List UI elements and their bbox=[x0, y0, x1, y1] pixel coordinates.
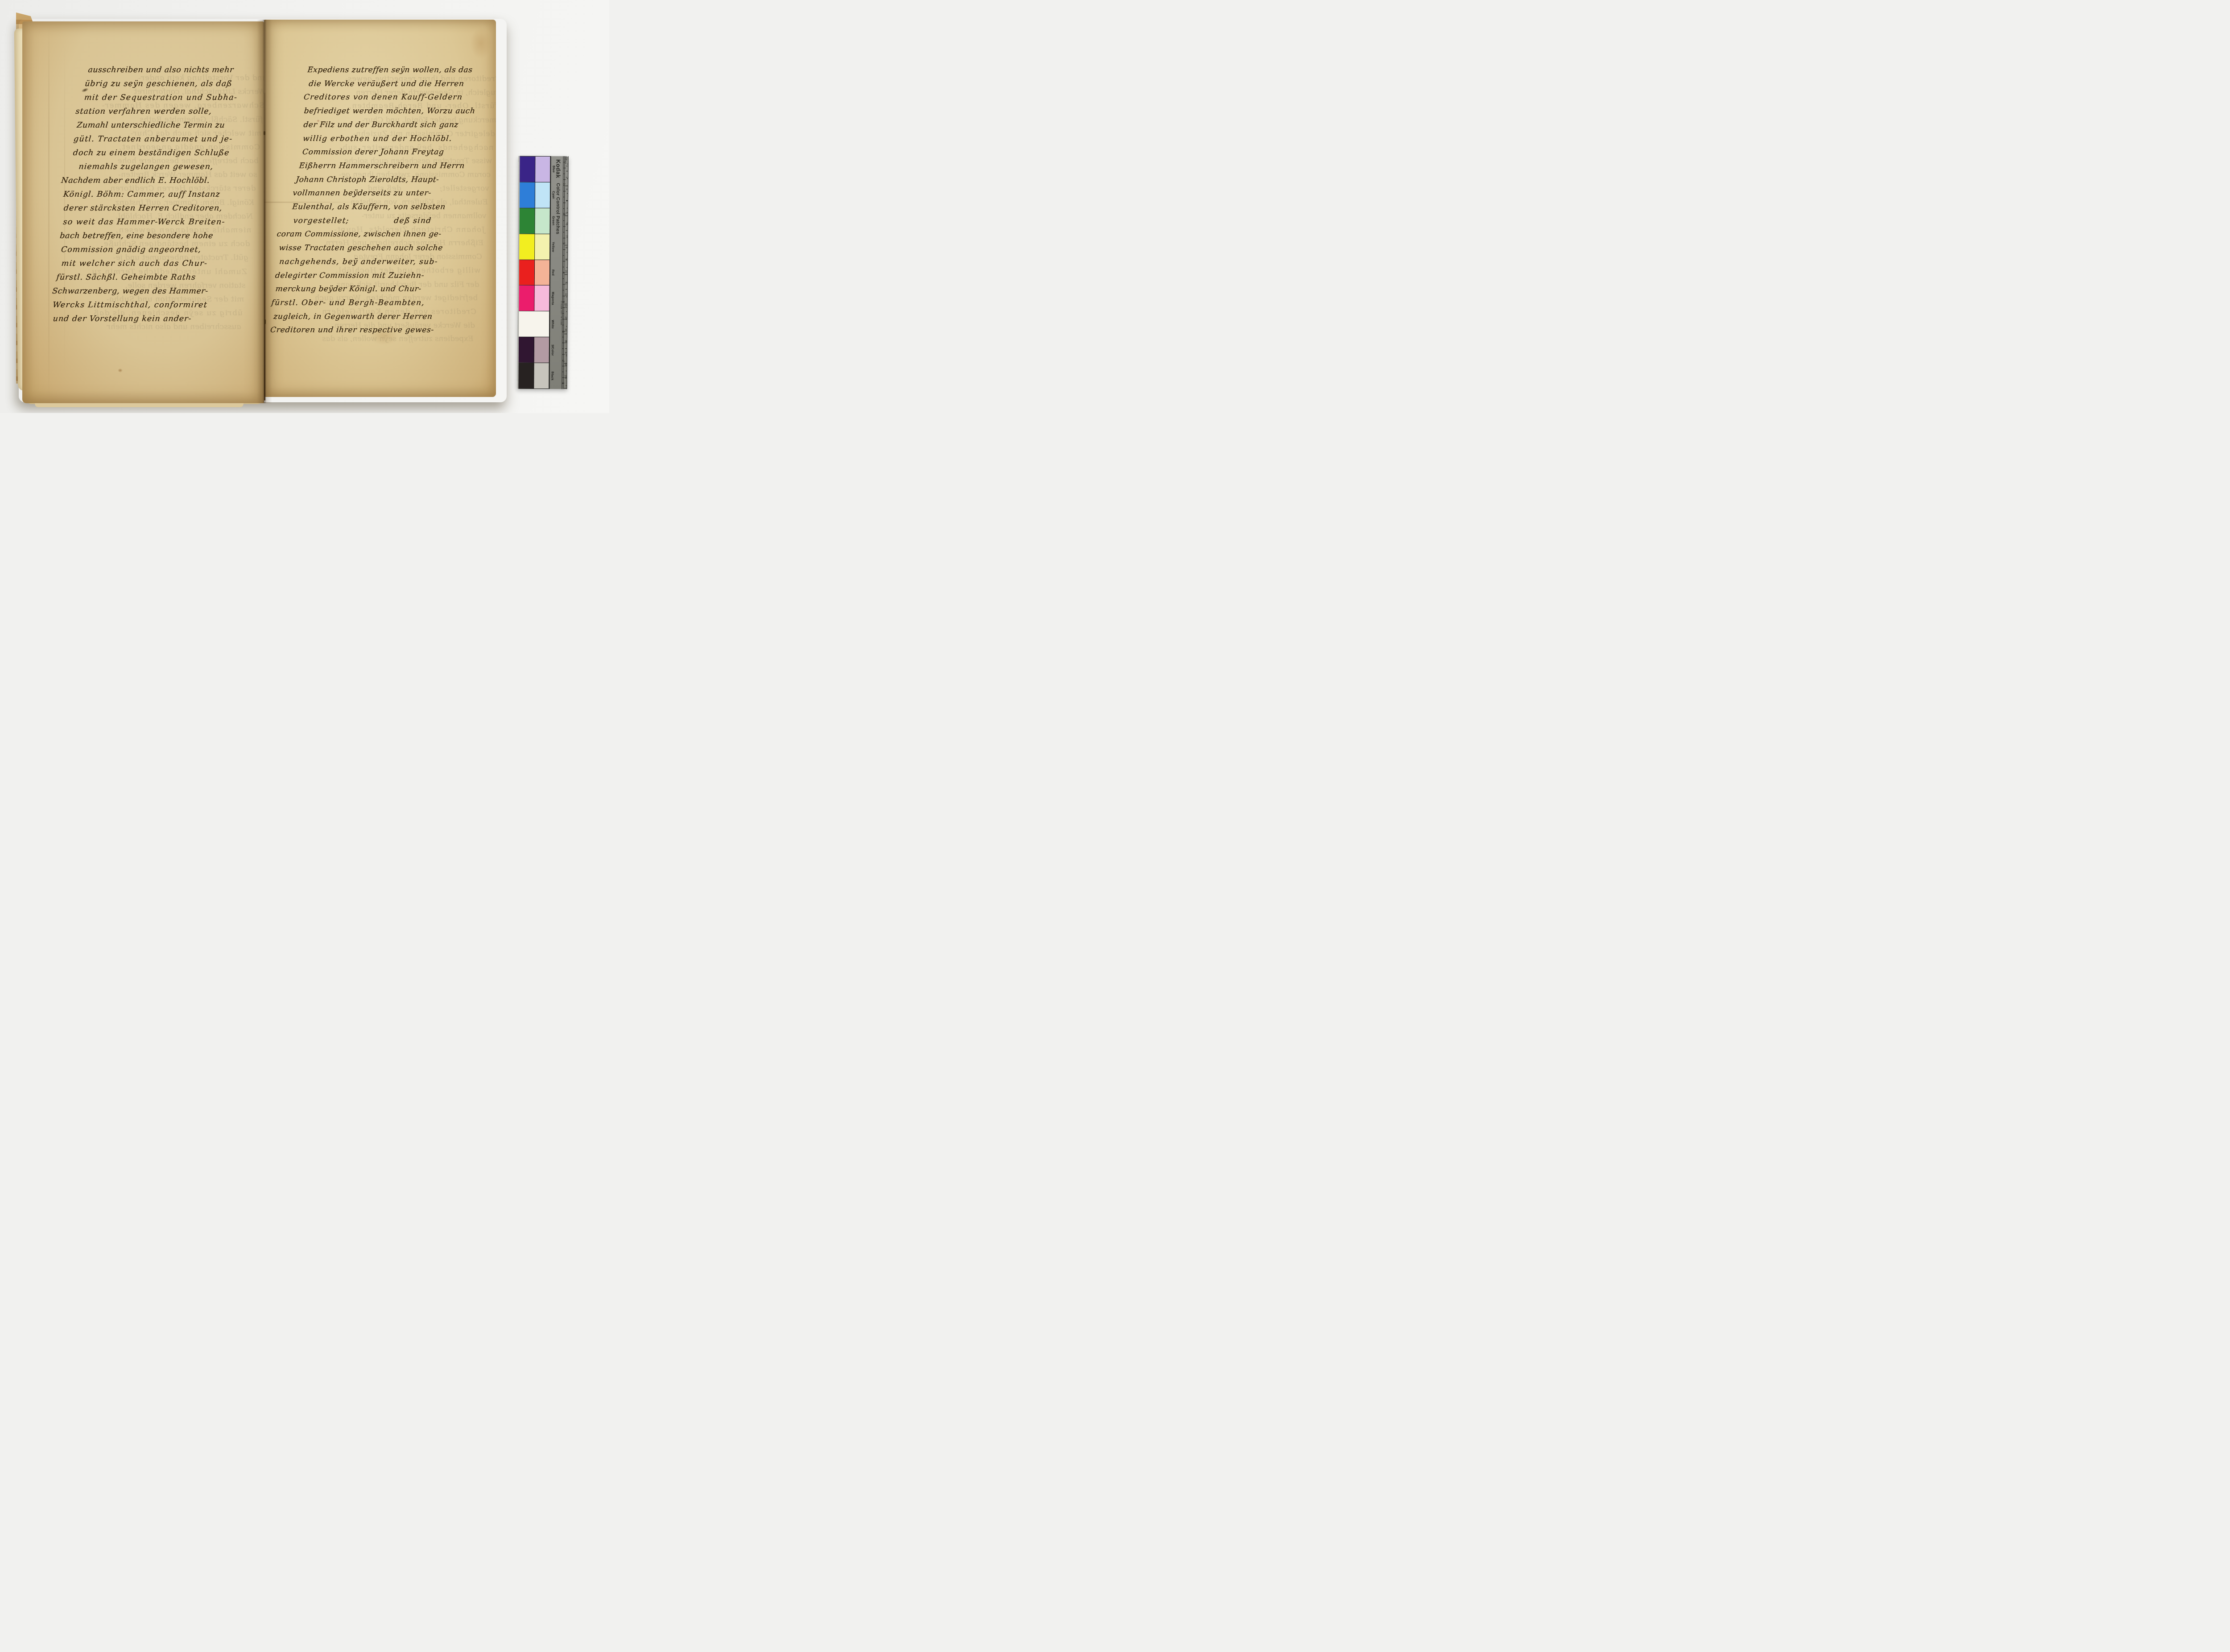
ruler-inches-scale: inches 12345678 bbox=[563, 156, 568, 389]
ruler-tick bbox=[566, 311, 567, 312]
manuscript-text-line: so weit das Hammer-Werck Breiten- bbox=[62, 215, 240, 229]
paper-stain bbox=[470, 28, 491, 59]
ruler-tick bbox=[566, 252, 567, 253]
manuscript-text-line: gütl. Tractaten anberaumet und je- bbox=[73, 132, 248, 146]
color-patch-3color-tint bbox=[534, 337, 549, 363]
color-patch-grid bbox=[518, 156, 550, 389]
kodak-gray-panel: BlueCyanGreenYellowRedMagentaWhite3/Colo… bbox=[549, 156, 568, 389]
manuscript-text-line: fürstl. Ober- und Bergh-Beambten, bbox=[271, 296, 465, 310]
ruler-tick bbox=[566, 282, 567, 282]
paper-crease bbox=[48, 21, 50, 403]
manuscript-text-line: Creditores von denen Kauff-Geldern bbox=[303, 91, 486, 104]
manuscript-text-line: willig erbothen und der Hochlöbl. bbox=[302, 132, 482, 146]
binding-stitch bbox=[264, 319, 266, 324]
ruler-number: 7 bbox=[562, 360, 565, 362]
ruler-tick bbox=[565, 319, 567, 319]
ruler-tick bbox=[565, 274, 567, 275]
ruler-number: 3 bbox=[562, 242, 565, 244]
ruler-tick bbox=[566, 260, 567, 260]
ruler-tick bbox=[564, 334, 567, 334]
kodak-title-text: Color Control Patches bbox=[555, 183, 561, 234]
manuscript-text-line: Expediens zutreffen seÿn wollen, als das bbox=[307, 63, 489, 77]
binding-stitch bbox=[264, 131, 265, 135]
ruler-tick bbox=[566, 297, 567, 297]
manuscript-text-line: vollmannen beÿderseits zu unter- bbox=[292, 186, 476, 200]
left-page-text-block: ausschreiben und also nichts mehrübrig z… bbox=[59, 63, 256, 326]
color-patch-white bbox=[519, 311, 549, 337]
manuscript-text-line: merckung beÿder Königl. und Chur- bbox=[275, 282, 466, 296]
color-patch-yellow-tint bbox=[535, 234, 550, 260]
kodak-logo-text: Kodak bbox=[555, 159, 562, 178]
ruler-tick bbox=[565, 215, 568, 216]
color-patch-row-black bbox=[518, 363, 549, 388]
color-patch-blue-tint bbox=[535, 157, 550, 182]
manuscript-text-line: Commission derer Johann Freytag bbox=[301, 145, 480, 159]
manuscript-text-line: fürstl. Sächßl. Geheimbte Raths bbox=[56, 271, 234, 285]
ruler-number: 1 bbox=[562, 183, 566, 185]
color-patch-cyan-tint bbox=[535, 182, 550, 208]
ruler-number: 6 bbox=[562, 331, 565, 333]
manuscript-text-line: Creditoren und ihrer respective gewes- bbox=[269, 323, 462, 337]
ruler-tick bbox=[566, 238, 567, 238]
manuscript-text-line: coram Commissione, zwischen ihnen ge- bbox=[276, 227, 472, 241]
ruler-number: 2 bbox=[562, 213, 566, 215]
manuscript-text-line: Schwarzenberg, wegen des Hammer- bbox=[52, 285, 232, 298]
ruler-tick bbox=[565, 348, 567, 349]
ruler-tick bbox=[566, 385, 566, 386]
ruler-tick bbox=[565, 304, 567, 305]
color-patch-row-3color bbox=[519, 337, 549, 363]
color-patch-row-cyan bbox=[520, 182, 550, 208]
manuscript-text-line: zugleich, in Gegenwarth derer Herren bbox=[273, 310, 463, 324]
ruler-tick bbox=[567, 223, 568, 223]
ruler-tick bbox=[565, 245, 567, 245]
color-patch-magenta bbox=[519, 285, 534, 311]
ruler-tick bbox=[567, 193, 568, 194]
manuscript-text-line: niemahls zugelangen gewesen, bbox=[78, 160, 245, 174]
book-gutter-shadow-line bbox=[264, 93, 265, 401]
manuscript-right-page: Creditoren und ihrer respective gewes-zu… bbox=[264, 20, 496, 397]
ruler-tick bbox=[566, 371, 567, 371]
ruler-tick bbox=[566, 230, 568, 231]
color-patch-row-green bbox=[520, 208, 550, 234]
manuscript-text-line: befriediget werden möchten, Worzu auch bbox=[303, 104, 485, 118]
ruler-inches-unit-label: inches bbox=[564, 157, 566, 164]
manuscript-text-line: Eißherrn Hammerschreibern und Herrn bbox=[298, 159, 479, 173]
ruler-number: 5 bbox=[562, 301, 565, 303]
color-patch-black bbox=[518, 363, 534, 388]
manuscript-text-line: wisse Tractaten geschehen auch solche bbox=[278, 241, 471, 255]
manuscript-text-line: Johann Christoph Zieroldts, Haupt- bbox=[295, 173, 478, 187]
manuscript-text-line: der Filz und der Burckhardt sich ganz bbox=[303, 118, 483, 132]
color-patch-red-tint bbox=[534, 260, 549, 285]
manuscript-text-line: delegirter Commission mit Zuziehn- bbox=[274, 269, 467, 283]
color-patch-cyan bbox=[520, 182, 535, 208]
ruler-tick bbox=[565, 186, 568, 186]
manuscript-text-line: nachgehends, beÿ anderweiter, sub- bbox=[279, 255, 469, 269]
ruler-tick bbox=[566, 326, 567, 327]
ruler-number: 4 bbox=[562, 272, 565, 273]
color-patch-row-yellow bbox=[519, 234, 549, 260]
right-page-text-block: Expediens zutreffen seÿn wollen, als das… bbox=[281, 63, 489, 337]
ruler-number: 8 bbox=[561, 382, 564, 384]
manuscript-text-line: Commission gnädig angeordnet, bbox=[60, 243, 236, 257]
color-patch-3color bbox=[519, 337, 534, 363]
color-patch-magenta-tint bbox=[534, 285, 549, 311]
color-patch-green bbox=[520, 208, 535, 233]
kodak-color-control-strip: BlueCyanGreenYellowRedMagentaWhite3/Colo… bbox=[517, 156, 568, 389]
manuscript-text-line: Eulenthal, als Käuffern, von selbsten bbox=[292, 200, 475, 214]
manuscript-text-line: station verfahren werden solle, bbox=[75, 105, 251, 119]
manuscript-book: und der Vorstellung kein ander-Wercks Li… bbox=[16, 12, 511, 406]
manuscript-text-line: ausschreiben und also nichts mehr bbox=[87, 63, 256, 77]
manuscript-text-line: bach betreffen, eine besondere hohe bbox=[59, 229, 238, 243]
color-patch-green-tint bbox=[535, 208, 550, 234]
ruler-tick bbox=[567, 178, 568, 179]
manuscript-text-line: doch zu einem beständigen Schluße bbox=[72, 146, 247, 160]
ruler-tick bbox=[566, 341, 567, 342]
manuscript-text-line: Königl. Böhm: Cammer, auff Instanz bbox=[62, 188, 242, 202]
color-patch-row-magenta bbox=[519, 285, 549, 311]
manuscript-text-line: Zumahl unterschiedliche Termin zu bbox=[76, 119, 250, 132]
color-patch-red bbox=[519, 260, 535, 285]
color-patch-black-tint bbox=[534, 363, 549, 388]
ruler-tick bbox=[566, 171, 568, 171]
manuscript-text-line: vorgestellet; deß sind bbox=[293, 214, 473, 228]
manuscript-text-line: mit der Sequestration und Subha- bbox=[83, 91, 252, 105]
ruler-tick bbox=[567, 164, 568, 164]
underlying-sheet-edge-bottom bbox=[35, 403, 244, 407]
ruler-tick bbox=[566, 356, 567, 356]
color-patch-blue bbox=[520, 157, 535, 182]
ruler-tick bbox=[566, 201, 568, 201]
manuscript-text-line: Wercks Littmischthal, conformiret bbox=[52, 298, 231, 312]
paper-stain bbox=[118, 368, 123, 372]
manuscript-text-line: die Wercke veräußert und die Herren bbox=[308, 77, 488, 91]
manuscript-text-line: und der Vorstellung kein ander- bbox=[52, 312, 229, 326]
ruler-tick bbox=[566, 267, 567, 268]
manuscript-text-line: Nachdem aber endlich E. Hochlöbl. bbox=[61, 174, 244, 188]
ruler-tick bbox=[565, 378, 567, 379]
color-patch-row-white bbox=[519, 311, 549, 337]
color-patch-row-red bbox=[519, 260, 549, 285]
ruler-tick bbox=[564, 388, 566, 388]
manuscript-text-line: übrig zu seÿn geschienen, als daß bbox=[84, 77, 254, 91]
scanned-manuscript-scene: und der Vorstellung kein ander-Wercks Li… bbox=[0, 0, 609, 413]
ruler-tick bbox=[564, 363, 567, 363]
color-patch-row-blue bbox=[520, 157, 550, 182]
ruler-tick bbox=[566, 289, 567, 290]
manuscript-left-page: und der Vorstellung kein ander-Wercks Li… bbox=[22, 21, 264, 403]
ruler-tick bbox=[567, 208, 568, 208]
manuscript-text-line: derer stärcksten Herren Creditoren, bbox=[63, 202, 241, 215]
kodak-strip-title: Kodak Color Control Patches bbox=[553, 159, 562, 386]
color-patch-yellow bbox=[519, 234, 535, 259]
manuscript-text-line: mit welcher sich auch das Chur- bbox=[61, 257, 235, 271]
